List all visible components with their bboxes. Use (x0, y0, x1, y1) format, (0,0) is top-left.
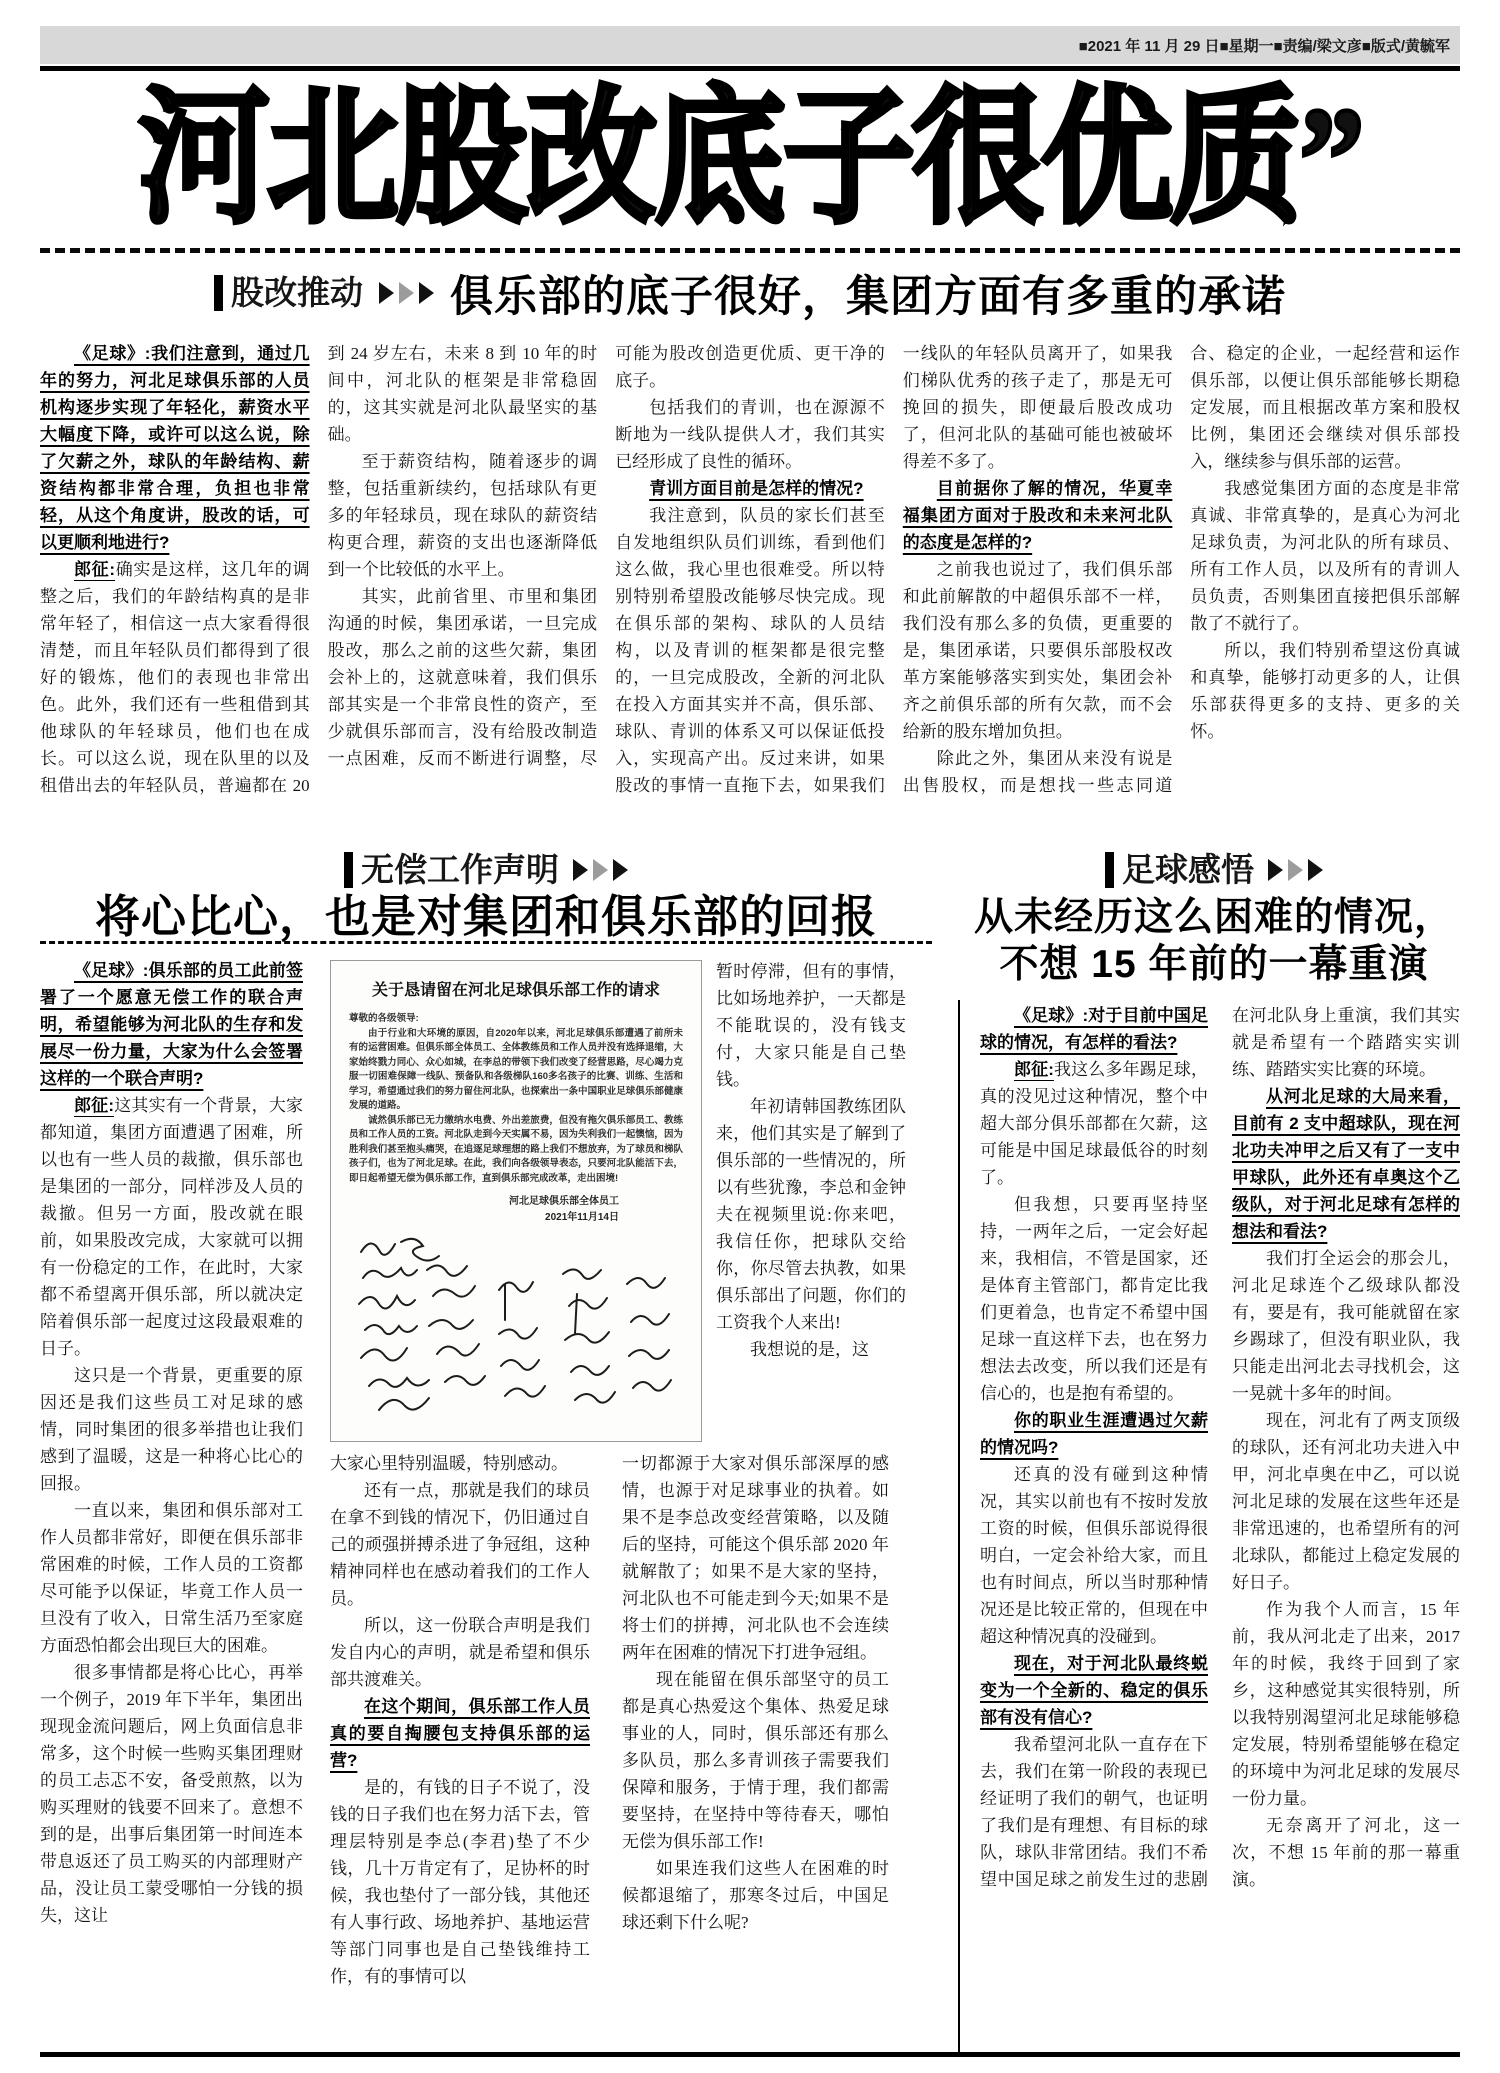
main-headline: 河北股改底子很优质” (40, 70, 1460, 249)
paragraph: 《足球》:我们注意到，通过几年的努力，河北足球俱乐部的人员机构逐步实现了年轻化，… (40, 340, 310, 556)
paragraph: 现在，河北有了两支顶级的球队，还有河北功夫进入中甲，河北卓奥在中乙，可以说河北足… (1232, 1407, 1460, 1596)
left-article-below-right: 一切都源于大家对俱乐部深厚的感情，也源于对足球事业的执着。如果不是李总改变经营策… (622, 1450, 889, 2056)
right-section-header: 足球感悟 (968, 852, 1460, 888)
joint-statement-letter: 关于恳请留在河北足球俱乐部工作的请求 尊敬的各级领导: 由于行业和大环境的原因，… (330, 960, 702, 1442)
left-section-title: 将心比心，也是对集团和俱乐部的回报 (40, 892, 932, 942)
right-section-title: 从未经历这么困难的情况， 不想 15 年前的一幕重演 (968, 894, 1460, 988)
paragraph: 你的职业生涯遭遇过欠薪的情况吗? (980, 1407, 1208, 1461)
right-article: 《足球》:对于目前中国足球的情况，有怎样的看法? 郎征:我这么多年踢足球，真的没… (980, 1002, 1460, 2056)
paragraph: 年初请韩国教练团队来，他们其实是了解到了俱乐部的一些情况的，所以有些犹豫，李总和… (716, 1093, 906, 1336)
letter-signoff-date: 2021年11月14日 (349, 1210, 619, 1226)
letter-signoff: 河北足球俱乐部全体员工 2021年11月14日 (349, 1194, 683, 1226)
vertical-divider (958, 1000, 960, 2052)
paragraph: 现在能留在俱乐部坚守的员工都是真心热爱这个集体、热爱足球事业的人，同时，俱乐部还… (622, 1666, 889, 1855)
kicker-reflection: 足球感悟 (1105, 852, 1254, 888)
paragraph: 一切都源于大家对俱乐部深厚的感情，也源于对足球事业的执着。如果不是李总改变经营策… (622, 1450, 889, 1666)
kicker-reform: 股改推动 (214, 275, 363, 311)
left-section-header: 无偿工作声明 (40, 852, 932, 888)
paragraph: 之前我也说过了，我们俱乐部和此前解散的中超俱乐部不一样，我们没有那么多的负债，更… (903, 556, 1173, 745)
paragraph: 无奈离开了河北，这一次，不想 15 年前的那一幕重演。 (1232, 1812, 1460, 1893)
paragraph: 这只是一个背景，更重要的原因还是我们这些员工对足球的感情，同时集团的很多举措也让… (40, 1362, 303, 1497)
paragraph: 一直以来，集团和俱乐部对工作人员都非常好，即便在俱乐部非常困难的时候，工作人员的… (40, 1497, 303, 1659)
left-article-beside-letter: 暂时停滞，但有的事情，比如场地养护，一天都是不能耽误的，没有钱支付，大家只能是自… (716, 958, 906, 1442)
speaker-lead: 郎征: (74, 1096, 114, 1115)
dashed-divider-left (40, 941, 932, 944)
top-section-header: 股改推动 俱乐部的底子很好，集团方面有多重的承诺 (40, 264, 1460, 322)
paragraph: 我们打全运会的那会儿，河北足球连个乙级球队都没有，要是有，我可能就留在家乡踢球了… (1232, 1245, 1460, 1407)
handwritten-signatures-image (349, 1230, 683, 1426)
left-article-below-left: 大家心里特别温暖，特别感动。 还有一点，那就是我们的球员在拿不到钱的情况下，仍旧… (330, 1450, 590, 2056)
kicker-arrows-icon (1268, 859, 1323, 881)
left-article-col1: 《足球》:俱乐部的员工此前签署了一个愿意无偿工作的联合声明，希望能够为河北队的生… (40, 957, 303, 2055)
paragraph: 至于薪资结构，随着逐步的调整，包括重新续约，包括球队有更多的年轻球员，现在球队的… (328, 448, 598, 583)
dashed-divider-top (40, 248, 1460, 253)
paragraph: 作为我个人而言，15 年前，我从河北走了出来，2017 年的时候，我终于回到了家… (1232, 1596, 1460, 1812)
bottom-rule (40, 2052, 1460, 2057)
kicker-statement: 无偿工作声明 (344, 852, 559, 888)
paragraph: 《足球》:俱乐部的员工此前签署了一个愿意无偿工作的联合声明，希望能够为河北队的生… (40, 957, 303, 1092)
masthead-bar: ■2021 年 11 月 29 日■星期一■责编/梁文彦■版式/黄毓军 (40, 26, 1460, 64)
speaker-lead: 郎征: (74, 560, 115, 579)
paragraph: 是的，有钱的日子不说了，没钱的日子我们也在努力活下去，管理层特别是李总(李君)垫… (330, 1774, 590, 1990)
paragraph: 所以，这一份联合声明是我们发自内心的声明，就是希望和俱乐部共渡难关。 (330, 1612, 590, 1693)
kicker-arrows-icon (379, 282, 434, 304)
right-section-title-line1: 从未经历这么困难的情况， (968, 894, 1460, 941)
paragraph: 青训方面目前是怎样的情况? (615, 475, 885, 502)
paragraph: 大家心里特别温暖，特别感动。 (330, 1450, 590, 1477)
paragraph: 我感觉集团方面的态度是非常真诚、非常真挚的，是真心为河北足球负责，为河北队的所有… (1190, 475, 1460, 637)
paragraph: 暂时停滞，但有的事情，比如场地养护，一天都是不能耽误的，没有钱支付，大家只能是自… (716, 958, 906, 1093)
paragraph: 我想说的是，这 (716, 1336, 906, 1363)
paragraph: 包括我们的青训，也在源源不断地为一线队提供人才，我们其实已经形成了良性的循环。 (615, 394, 885, 475)
right-section-title-line2: 不想 15 年前的一幕重演 (968, 941, 1460, 988)
paragraph: 但我想，只要再坚持坚持，一两年之后，一定会好起来，我相信，不管是国家，还是体育主… (980, 1191, 1208, 1407)
paragraph: 《足球》:对于目前中国足球的情况，有怎样的看法? (980, 1002, 1208, 1056)
paragraph: 还有一点，那就是我们的球员在拿不到钱的情况下，仍旧通过自己的顽强拼搏杀进了争冠组… (330, 1477, 590, 1612)
paragraph: 郎征:我这么多年踢足球，真的没见过这种情况，整个中超大部分俱乐部都在欠薪，这可能… (980, 1056, 1208, 1191)
paragraph: 现在，对于河北队最终蜕变为一个全新的、稳定的俱乐部有没有信心? (980, 1650, 1208, 1731)
letter-paragraph: 诚然俱乐部已无力缴纳水电费、外出差旅费，但没有拖欠俱乐部员工、教练员和工作人员的… (349, 1114, 683, 1187)
paragraph: 还真的没有碰到这种情况，其实以前也有不按时发放工资的时候，但俱乐部说得很明白，一… (980, 1461, 1208, 1650)
masthead-date-info: ■2021 年 11 月 29 日■星期一■责编/梁文彦■版式/黄毓军 (1079, 35, 1450, 56)
letter-salutation: 尊敬的各级领导: (349, 1012, 683, 1027)
paragraph: 很多事情都是将心比心，再举一个例子，2019 年下半年，集团出现现金流问题后，网… (40, 1659, 303, 1929)
paragraph: 目前据你了解的情况，华夏幸福集团方面对于股改和未来河北队的态度是怎样的? (903, 475, 1173, 556)
letter-title: 关于恳请留在河北足球俱乐部工作的请求 (349, 977, 683, 1000)
top-section-title: 俱乐部的底子很好，集团方面有多重的承诺 (450, 263, 1286, 324)
letter-paragraph: 由于行业和大环境的原因，自2020年以来，河北足球俱乐部遭遇了前所未有的运营困难… (349, 1027, 683, 1114)
paragraph: 郎征:这其实有一个背景，大家都知道，集团方面遭遇了困难，所以也有一些人员的裁撤，… (40, 1092, 303, 1362)
paragraph: 从河北足球的大局来看，目前有 2 支中超球队，现在河北功夫冲甲之后又有了一支中甲… (1232, 1083, 1460, 1245)
paragraph: 在这个期间，俱乐部工作人员真的要自掏腰包支持俱乐部的运营? (330, 1693, 590, 1774)
paragraph: 如果连我们这些人在困难的时候都退缩了，那寒冬过后，中国足球还剩下什么呢? (622, 1855, 889, 1936)
letter-body: 尊敬的各级领导: 由于行业和大环境的原因，自2020年以来，河北足球俱乐部遭遇了… (349, 1012, 683, 1186)
speaker-lead: 郎征: (1014, 1060, 1054, 1079)
kicker-arrows-icon (573, 859, 628, 881)
newspaper-page: ■2021 年 11 月 29 日■星期一■责编/梁文彦■版式/黄毓军 河北股改… (0, 0, 1500, 2073)
letter-signoff-org: 河北足球俱乐部全体员工 (349, 1194, 619, 1210)
top-article: 《足球》:我们注意到，通过几年的努力，河北足球俱乐部的人员机构逐步实现了年轻化，… (40, 340, 1460, 836)
paragraph: 所以，我们特别希望这份真诚和真挚，能够打动更多的人，让俱乐部获得更多的支持、更多… (1190, 637, 1460, 745)
